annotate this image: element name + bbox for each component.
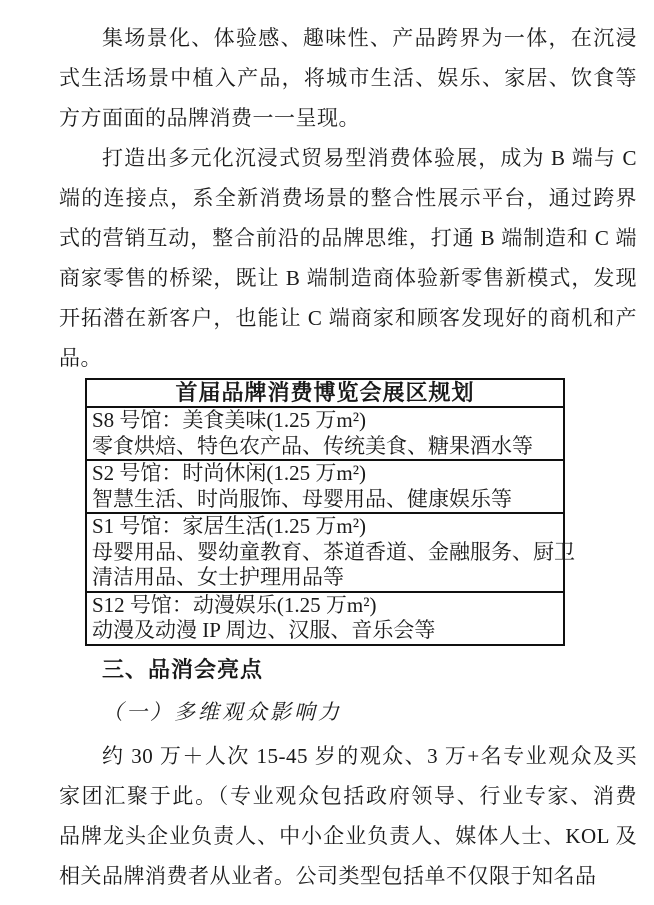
table-row-s8: S8 号馆：美食美味(1.25 万m²) 零食烘焙、特色农产品、传统美食、糖果酒…: [87, 408, 563, 461]
table-row-s1: S1 号馆：家居生活(1.25 万m²) 母婴用品、婴幼童教育、茶道香道、金融服…: [87, 514, 563, 593]
table-row-s12: S12 号馆：动漫娱乐(1.25 万m²) 动漫及动漫 IP 周边、汉服、音乐会…: [87, 593, 563, 644]
paragraph-platform: 打造出多元化沉浸式贸易型消费体验展，成为 B 端与 C 端的连接点，系全新消费场…: [59, 138, 637, 378]
exhibition-zone-table: 首届品牌消费博览会展区规划 S8 号馆：美食美味(1.25 万m²) 零食烘焙、…: [85, 378, 565, 646]
paragraph-audience: 约 30 万＋人次 15-45 岁的观众、3 万+名专业观众及买 家团汇聚于此。…: [59, 736, 637, 896]
body-line: 方方面面的品牌消费一一呈现。: [59, 98, 637, 138]
hall-name: S1 号馆：家居生活(1.25 万m²): [92, 514, 563, 540]
section-heading-highlights: 三、品消会亮点: [102, 658, 637, 682]
body-line: 开拓潜在新客户，也能让 C 端商家和顾客发现好的商机和产: [59, 298, 637, 338]
hall-name: S8 号馆：美食美味(1.25 万m²): [92, 408, 563, 434]
document-page: 集场景化、体验感、趣味性、产品跨界为一体，在沉浸 式生活场景中植入产品，将城市生…: [0, 0, 654, 905]
body-line: 商家零售的桥梁，既让 B 端制造商体验新零售新模式，发现: [59, 258, 637, 298]
hall-categories: 智慧生活、时尚服饰、母婴用品、健康娱乐等: [92, 487, 563, 513]
table-title: 首届品牌消费博览会展区规划: [87, 380, 563, 408]
subsection-heading-audience: （一）多维观众影响力: [102, 699, 637, 725]
body-line: 家团汇聚于此。（专业观众包括政府领导、行业专家、消费: [59, 776, 637, 816]
hall-categories: 零食烘焙、特色农产品、传统美食、糖果酒水等: [92, 434, 563, 460]
hall-name: S2 号馆：时尚休闲(1.25 万m²): [92, 461, 563, 487]
hall-name: S12 号馆：动漫娱乐(1.25 万m²): [92, 593, 563, 619]
hall-categories: 清洁用品、女士护理用品等: [92, 565, 563, 591]
body-line: 相关品牌消费者从业者。公司类型包括单不仅限于知名品: [59, 856, 637, 896]
body-line: 品牌龙头企业负责人、中小企业负责人、媒体人士、KOL 及: [59, 816, 637, 856]
body-line: 端的连接点，系全新消费场景的整合性展示平台，通过跨界: [59, 178, 637, 218]
document-content: 集场景化、体验感、趣味性、产品跨界为一体，在沉浸 式生活场景中植入产品，将城市生…: [59, 18, 637, 896]
table-row-s2: S2 号馆：时尚休闲(1.25 万m²) 智慧生活、时尚服饰、母婴用品、健康娱乐…: [87, 461, 563, 514]
body-line: 品。: [59, 338, 637, 378]
hall-categories: 动漫及动漫 IP 周边、汉服、音乐会等: [92, 618, 563, 644]
body-line: 式的营销互动，整合前沿的品牌思维，打通 B 端制造和 C 端: [59, 218, 637, 258]
body-line: 式生活场景中植入产品，将城市生活、娱乐、家居、饮食等: [59, 58, 637, 98]
body-line: 打造出多元化沉浸式贸易型消费体验展，成为 B 端与 C: [59, 138, 637, 178]
body-line: 集场景化、体验感、趣味性、产品跨界为一体，在沉浸: [59, 18, 637, 58]
body-line: 约 30 万＋人次 15-45 岁的观众、3 万+名专业观众及买: [59, 736, 637, 776]
hall-categories: 母婴用品、婴幼童教育、茶道香道、金融服务、厨卫: [92, 540, 563, 566]
paragraph-intro: 集场景化、体验感、趣味性、产品跨界为一体，在沉浸 式生活场景中植入产品，将城市生…: [59, 18, 637, 138]
